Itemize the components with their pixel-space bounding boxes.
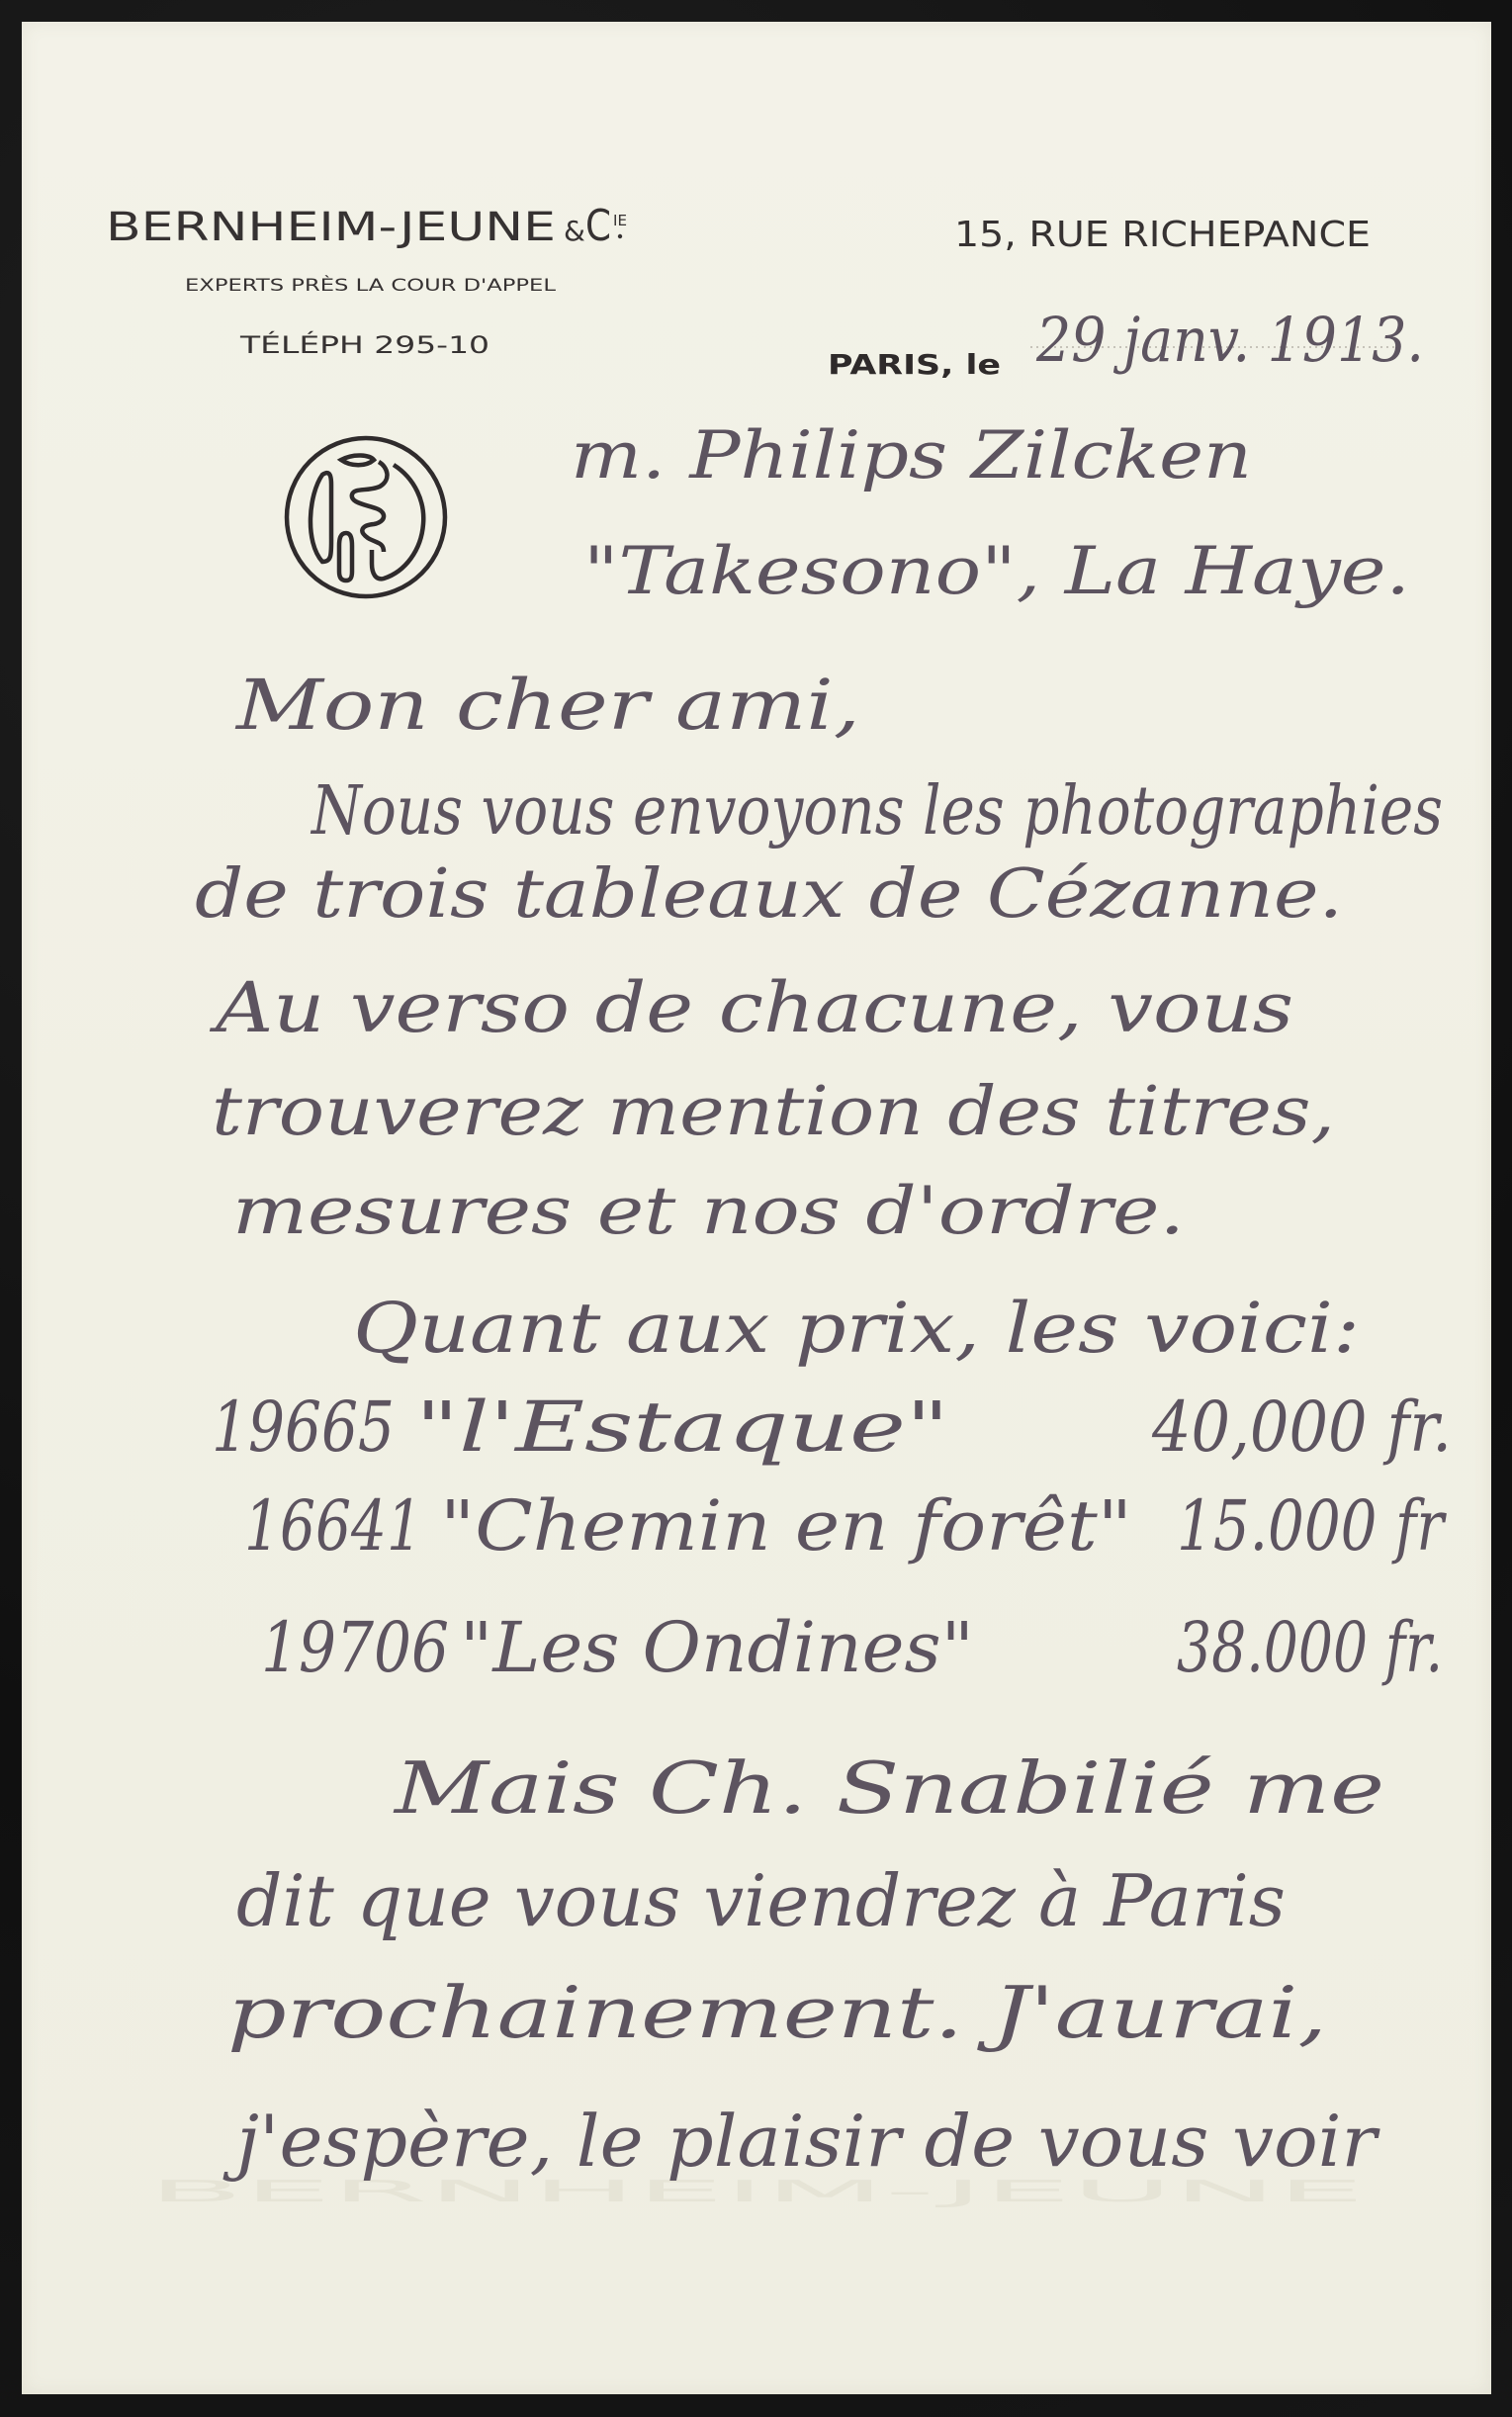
body-line: mesures et nos d'ordre. [232,1173,1185,1249]
painting-number: 16641 [244,1485,422,1567]
city-prefix: PARIS, le [828,348,1001,381]
painting-title: "Les Ondines" [460,1607,974,1688]
body-line: de trois tableaux de Cézanne. [195,855,1343,934]
letter-date: 29 janv. 1913. [1035,304,1424,376]
closing-line: prochainement. J'aurai, [227,1971,1327,2054]
price-row: 16641 "Chemin en forêt" 15.000 fr [244,1485,1447,1567]
painting-price: 40,000 fr. [1151,1387,1452,1468]
recipient-name: m. Philips Zilcken [571,417,1252,493]
closing-line: dit que vous viendrez à Paris [236,1859,1286,1942]
recipient-address: "Takesono", La Haye. [583,533,1410,609]
price-row: 19706 "Les Ondines" 38.000 fr. [261,1607,1443,1688]
body-line: Au verso de chacune, vous [209,967,1293,1048]
painting-number: 19665 [212,1387,395,1468]
body-line: Nous vous envoyons les photographies [310,772,1443,850]
monogram-seal-icon [287,438,445,596]
body-line: Quant aux prix, les voici: [353,1288,1360,1369]
company-c: C [585,201,611,251]
company-ie: IE [613,212,627,229]
letterhead-right: 15, RUE RICHEPANCE PARIS, le 29 janv. 19… [828,215,1424,381]
company-name: BERNHEIM-JEUNE [106,205,556,250]
closing-line: j'espère, le plaisir de vous voir [222,2100,1380,2183]
painting-title: "Chemin en forêt" [440,1485,1132,1567]
painting-price: 38.000 fr. [1177,1607,1443,1688]
letterhead-left: BERNHEIM-JEUNE & C IE EXPERTS PRÈS LA CO… [106,201,627,359]
company-ampersand: & [564,215,585,247]
closing-line: Mais Ch. Snabilié me [392,1746,1384,1830]
painting-title: "l'Estaque" [415,1387,949,1468]
body-line: trouverez mention des titres, [212,1073,1335,1151]
letter-body: Mon cher ami, Nous vous envoyons les pho… [195,665,1443,1369]
recipient-block: m. Philips Zilcken "Takesono", La Haye. [571,417,1410,609]
painting-price: 15.000 fr [1177,1485,1447,1567]
company-address: 15, RUE RICHEPANCE [954,215,1371,255]
company-abbrev-dot [618,234,622,238]
closing-paragraph: Mais Ch. Snabilié me dit que vous viendr… [222,1746,1384,2183]
painting-number: 19706 [261,1607,449,1688]
company-phone: TÉLÉPH 295-10 [239,330,489,359]
price-row: 19665 "l'Estaque" 40,000 fr. [212,1387,1452,1468]
price-list: 19665 "l'Estaque" 40,000 fr. 16641 "Chem… [212,1387,1452,1688]
letter-page: BERNHEIM-JEUNE BERNHEIM-JEUNE & C IE EXP… [0,0,1512,2417]
company-subtitle: EXPERTS PRÈS LA COUR D'APPEL [185,274,557,296]
salutation: Mon cher ami, [234,665,860,746]
